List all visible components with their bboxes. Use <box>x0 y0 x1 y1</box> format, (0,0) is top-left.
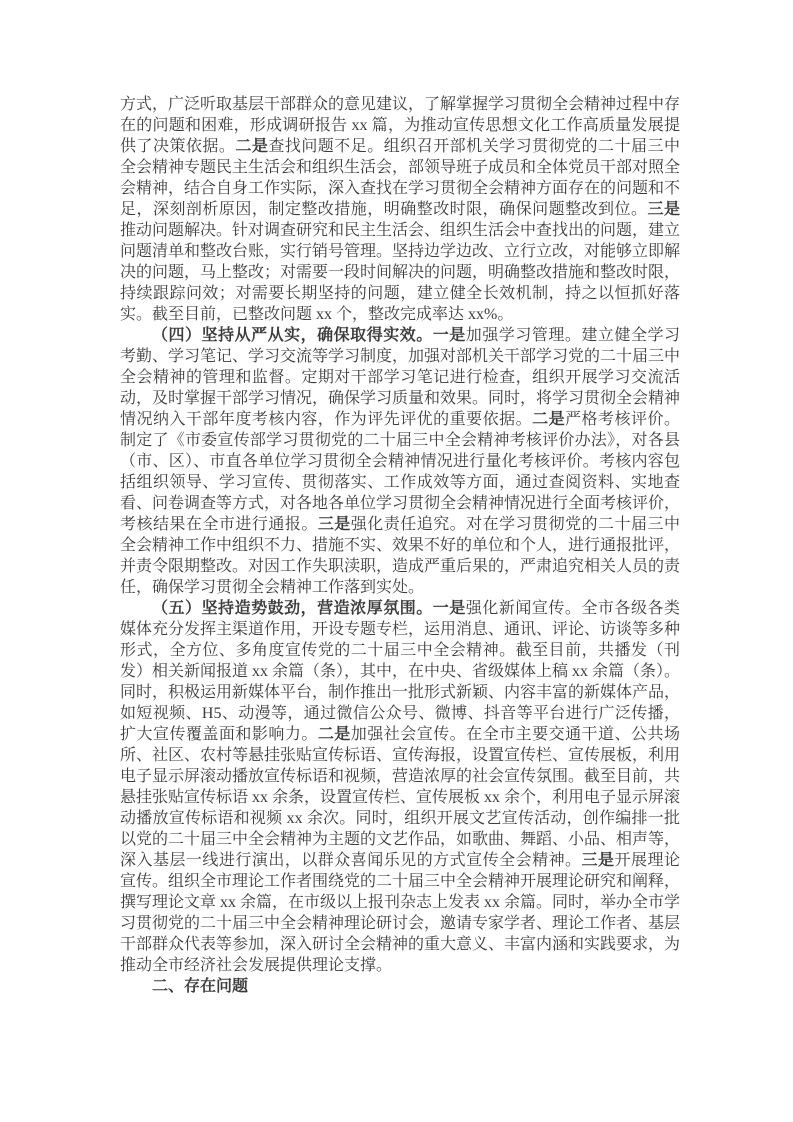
paragraph-section-5: （五）坚持造势鼓劲，营造浓厚氛围。一是强化新闻宣传。全市各级各类媒体充分发挥主渠… <box>120 598 680 976</box>
text-run: 开展理论宣传。组织全市理论工作者围绕党的二十届三中全会精神开展理论研究和阐释，撰… <box>120 852 680 974</box>
text-run-bold: 三是 <box>318 516 351 533</box>
text-run-bold: （四）坚持从严从实，确保取得实效。一是 <box>152 327 466 344</box>
text-run: 推动问题解决。针对调查研究和民主生活会、组织生活会中查找出的问题，建立问题清单和… <box>120 222 680 323</box>
text-run: 严格考核评价。制定了《市委宣传部学习贯彻党的二十届三中全会精神考核评价办法》，对… <box>120 411 680 533</box>
text-run-bold: 二是 <box>318 726 351 743</box>
text-run-bold: 二是 <box>235 138 268 155</box>
text-run-bold: 二、存在问题 <box>152 978 248 995</box>
heading-section-2: 二、存在问题 <box>120 976 680 997</box>
document-body: 方式，广泛听取基层干部群众的意见建议，了解掌握学习贯彻全会精神过程中存在的问题和… <box>120 94 680 997</box>
text-run-bold: 二是 <box>532 411 565 428</box>
paragraph-continuation: 方式，广泛听取基层干部群众的意见建议，了解掌握学习贯彻全会精神过程中存在的问题和… <box>120 94 680 325</box>
text-run-bold: 三是 <box>648 201 681 218</box>
text-run-bold: 三是 <box>582 852 615 869</box>
text-run-bold: （五）坚持造势鼓劲，营造浓厚氛围。一是 <box>152 600 466 617</box>
paragraph-section-4: （四）坚持从严从实，确保取得实效。一是加强学习管理。建立健全学习考勤、学习笔记、… <box>120 325 680 598</box>
text-run: 加强社会宣传。在全市主要交通干道、公共场所、社区、农村等悬挂张贴宣传标语、宣传海… <box>120 726 680 869</box>
document-page: 方式，广泛听取基层干部群众的意见建议，了解掌握学习贯彻全会精神过程中存在的问题和… <box>0 0 793 1122</box>
text-run: 强化新闻宣传。全市各级各类媒体充分发挥主渠道作用，开设专题专栏，运用消息、通讯、… <box>120 600 680 743</box>
